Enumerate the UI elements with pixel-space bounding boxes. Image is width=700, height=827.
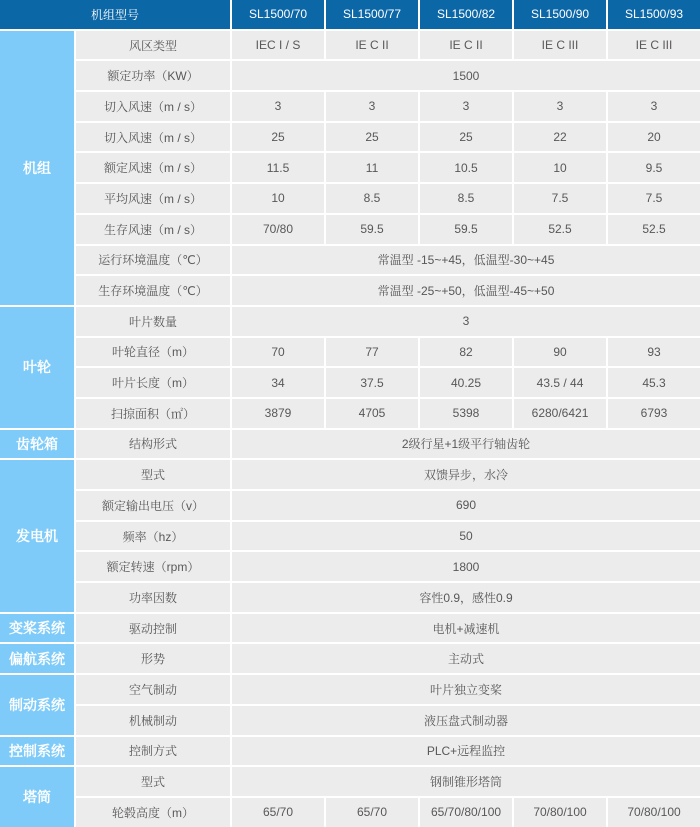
cell-value: 22	[514, 123, 606, 152]
cell-value: 1800	[232, 552, 700, 581]
column-header-model: SL1500/82	[420, 0, 512, 29]
table-row: 功率因数 容性0.9，感性0.9	[0, 583, 700, 612]
cell-value: 25	[232, 123, 324, 152]
cell-value: 2级行星+1级平行轴齿轮	[232, 430, 700, 459]
table-row: 叶片长度（m） 34 37.5 40.25 43.5 / 44 45.3	[0, 368, 700, 397]
cell-value: 11.5	[232, 153, 324, 182]
cell-value: 40.25	[420, 368, 512, 397]
table-row: 机组 风区类型 IEC I / S IE C II IE C II IE C I…	[0, 31, 700, 60]
cell-value: 65/70/80/100	[420, 798, 512, 827]
cell-value: 9.5	[608, 153, 700, 182]
row-label: 叶片长度（m）	[76, 368, 230, 397]
cell-value: 7.5	[608, 184, 700, 213]
row-label: 叶片数量	[76, 307, 230, 336]
cell-value: 双馈异步，水冷	[232, 460, 700, 489]
table-row: 发电机 型式 双馈异步，水冷	[0, 460, 700, 489]
cell-value: 7.5	[514, 184, 606, 213]
cell-value: 20	[608, 123, 700, 152]
cell-value: 37.5	[326, 368, 418, 397]
table-row: 控制系统 控制方式 PLC+远程监控	[0, 737, 700, 766]
cell-value: 5398	[420, 399, 512, 428]
group-header-gearbox: 齿轮箱	[0, 430, 74, 459]
table-row: 叶轮 叶片数量 3	[0, 307, 700, 336]
model-column-title: 机组型号	[0, 0, 230, 29]
row-label: 风区类型	[76, 31, 230, 60]
row-label: 扫掠面积（㎡）	[76, 399, 230, 428]
cell-value: 3	[514, 92, 606, 121]
cell-value: 液压盘式制动器	[232, 706, 700, 735]
row-label: 机械制动	[76, 706, 230, 735]
row-label: 形势	[76, 644, 230, 673]
cell-value: 65/70	[326, 798, 418, 827]
row-label: 平均风速（m / s）	[76, 184, 230, 213]
cell-value: 11	[326, 153, 418, 182]
table-row: 塔筒 型式 钢制锥形塔筒	[0, 767, 700, 796]
row-label: 空气制动	[76, 675, 230, 704]
cell-value: 82	[420, 338, 512, 367]
table-row: 机械制动 液压盘式制动器	[0, 706, 700, 735]
cell-value: 常温型 -15~+45，低温型-30~+45	[232, 246, 700, 275]
cell-value: 叶片独立变桨	[232, 675, 700, 704]
row-label: 切入风速（m / s）	[76, 92, 230, 121]
table-row: 运行环境温度（℃） 常温型 -15~+45，低温型-30~+45	[0, 246, 700, 275]
table-row: 生存环境温度（℃） 常温型 -25~+50，低温型-45~+50	[0, 276, 700, 305]
table-row: 平均风速（m / s） 10 8.5 8.5 7.5 7.5	[0, 184, 700, 213]
cell-value: 3	[420, 92, 512, 121]
cell-value: 8.5	[326, 184, 418, 213]
cell-value: 93	[608, 338, 700, 367]
cell-value: 70/80	[232, 215, 324, 244]
row-label: 控制方式	[76, 737, 230, 766]
table-row: 扫掠面积（㎡） 3879 4705 5398 6280/6421 6793	[0, 399, 700, 428]
row-label: 额定转速（rpm）	[76, 552, 230, 581]
row-label: 轮毂高度（m）	[76, 798, 230, 827]
cell-value: 6280/6421	[514, 399, 606, 428]
cell-value: 3	[608, 92, 700, 121]
header-row: 机组型号 SL1500/70 SL1500/77 SL1500/82 SL150…	[0, 0, 700, 29]
cell-value: 常温型 -25~+50，低温型-45~+50	[232, 276, 700, 305]
spec-sheet: 机组型号 SL1500/70 SL1500/77 SL1500/82 SL150…	[0, 0, 700, 827]
row-label: 频率（hz）	[76, 522, 230, 551]
row-label: 额定风速（m / s）	[76, 153, 230, 182]
row-label: 驱动控制	[76, 614, 230, 643]
cell-value: IE C III	[514, 31, 606, 60]
cell-value: 10	[514, 153, 606, 182]
row-label: 额定输出电压（v）	[76, 491, 230, 520]
row-label: 生存环境温度（℃）	[76, 276, 230, 305]
table-row: 变桨系统 驱动控制 电机+减速机	[0, 614, 700, 643]
row-label: 型式	[76, 460, 230, 489]
spec-table: 机组型号 SL1500/70 SL1500/77 SL1500/82 SL150…	[0, 0, 700, 827]
row-label: 功率因数	[76, 583, 230, 612]
group-header-tower: 塔筒	[0, 767, 74, 826]
table-row: 额定输出电压（v） 690	[0, 491, 700, 520]
table-row: 齿轮箱 结构形式 2级行星+1级平行轴齿轮	[0, 430, 700, 459]
column-header-model: SL1500/93	[608, 0, 700, 29]
cell-value: 4705	[326, 399, 418, 428]
column-header-model: SL1500/70	[232, 0, 324, 29]
cell-value: 3	[232, 307, 700, 336]
table-row: 切入风速（m / s） 3 3 3 3 3	[0, 92, 700, 121]
cell-value: 电机+减速机	[232, 614, 700, 643]
cell-value: 77	[326, 338, 418, 367]
table-row: 额定转速（rpm） 1800	[0, 552, 700, 581]
group-header-pitch-system: 变桨系统	[0, 614, 74, 643]
group-header-generator: 发电机	[0, 460, 74, 611]
cell-value: IEC I / S	[232, 31, 324, 60]
cell-value: 容性0.9，感性0.9	[232, 583, 700, 612]
cell-value: 钢制锥形塔筒	[232, 767, 700, 796]
table-row: 轮毂高度（m） 65/70 65/70 65/70/80/100 70/80/1…	[0, 798, 700, 827]
cell-value: 10.5	[420, 153, 512, 182]
cell-value: 70/80/100	[514, 798, 606, 827]
table-row: 额定功率（KW） 1500	[0, 61, 700, 90]
cell-value: 43.5 / 44	[514, 368, 606, 397]
cell-value: PLC+远程监控	[232, 737, 700, 766]
row-label: 生存风速（m / s）	[76, 215, 230, 244]
group-header-control-system: 控制系统	[0, 737, 74, 766]
cell-value: 1500	[232, 61, 700, 90]
row-label: 叶轮直径（m）	[76, 338, 230, 367]
cell-value: 50	[232, 522, 700, 551]
row-label: 型式	[76, 767, 230, 796]
table-row: 叶轮直径（m） 70 77 82 90 93	[0, 338, 700, 367]
cell-value: 90	[514, 338, 606, 367]
group-header-rotor: 叶轮	[0, 307, 74, 428]
table-row: 制动系统 空气制动 叶片独立变桨	[0, 675, 700, 704]
cell-value: 59.5	[326, 215, 418, 244]
cell-value: 3	[232, 92, 324, 121]
row-label: 结构形式	[76, 430, 230, 459]
cell-value: 25	[420, 123, 512, 152]
row-label: 额定功率（KW）	[76, 61, 230, 90]
cell-value: 70/80/100	[608, 798, 700, 827]
cell-value: 52.5	[608, 215, 700, 244]
cell-value: 65/70	[232, 798, 324, 827]
cell-value: 45.3	[608, 368, 700, 397]
cell-value: 34	[232, 368, 324, 397]
cell-value: IE C III	[608, 31, 700, 60]
cell-value: 52.5	[514, 215, 606, 244]
row-label: 切入风速（m / s）	[76, 123, 230, 152]
group-header-yaw-system: 偏航系统	[0, 644, 74, 673]
group-header-unit: 机组	[0, 31, 74, 305]
cell-value: 主动式	[232, 644, 700, 673]
cell-value: 25	[326, 123, 418, 152]
column-header-model: SL1500/77	[326, 0, 418, 29]
cell-value: 59.5	[420, 215, 512, 244]
cell-value: IE C II	[326, 31, 418, 60]
table-row: 偏航系统 形势 主动式	[0, 644, 700, 673]
row-label: 运行环境温度（℃）	[76, 246, 230, 275]
group-header-brake-system: 制动系统	[0, 675, 74, 734]
cell-value: 6793	[608, 399, 700, 428]
column-header-model: SL1500/90	[514, 0, 606, 29]
table-row: 频率（hz） 50	[0, 522, 700, 551]
cell-value: 3879	[232, 399, 324, 428]
cell-value: 8.5	[420, 184, 512, 213]
cell-value: 3	[326, 92, 418, 121]
cell-value: 70	[232, 338, 324, 367]
cell-value: IE C II	[420, 31, 512, 60]
table-row: 额定风速（m / s） 11.5 11 10.5 10 9.5	[0, 153, 700, 182]
table-row: 生存风速（m / s） 70/80 59.5 59.5 52.5 52.5	[0, 215, 700, 244]
table-row: 切入风速（m / s） 25 25 25 22 20	[0, 123, 700, 152]
cell-value: 690	[232, 491, 700, 520]
cell-value: 10	[232, 184, 324, 213]
